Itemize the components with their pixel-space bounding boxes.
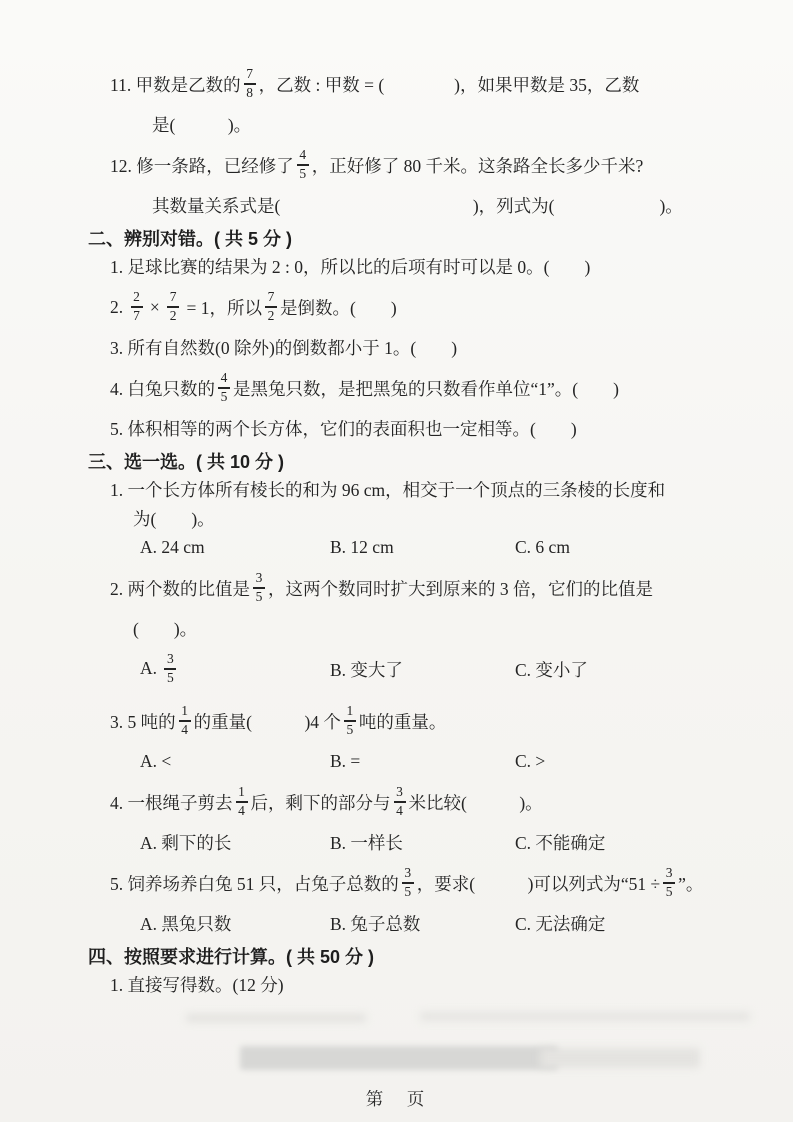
faint-scan-smudge: [420, 1012, 750, 1021]
text-run: 是( )。: [152, 112, 251, 137]
option-b: B. 变大了: [330, 657, 515, 682]
text-run: ×: [146, 297, 165, 318]
page-footer: 第 页: [0, 1086, 793, 1111]
text-run: ，这两个数同时扩大到原来的 3 倍，它们的比值是: [268, 576, 653, 601]
text-run: 2.: [110, 297, 128, 318]
section-3-q3-line-1: 3. 5 吨的14的重量( )4 个15吨的重量。: [0, 695, 793, 747]
option-c: C. 无法确定: [515, 911, 605, 936]
option-a: A. 24 cm: [140, 537, 330, 558]
text-run: 3. 所有自然数(0 除外)的倒数都小于 1。( ): [110, 335, 457, 360]
section-2-item-3: 3. 所有自然数(0 除外)的倒数都小于 1。( ): [0, 333, 793, 362]
text-run: 1. 足球比赛的结果为 2 : 0，所以比的后项有时可以是 0。( ): [110, 254, 590, 279]
section-3-q3-options: A. < B. = C. >: [0, 747, 793, 776]
section-2-item-2: 2. 27 × 72 = 1，所以72是倒数。( ): [0, 281, 793, 333]
exam-paper-page: 11. 甲数是乙数的78，乙数 : 甲数 = ( )，如果甲数是 35，乙数 是…: [0, 0, 793, 1122]
text-run: 4. 白兔只数的: [110, 376, 215, 401]
text-run: B. 兔子总数: [330, 911, 420, 936]
text-run: C. 变小了: [515, 657, 588, 682]
text-run: 12. 修一条路，已经修了: [110, 153, 294, 178]
text-run: ”。: [678, 871, 703, 896]
section-3-q1-line-2: 为( )。: [0, 504, 793, 533]
text-run: ，正好修了 80 千米。这条路全长多少千米?: [312, 153, 644, 178]
text-run: A. <: [140, 751, 171, 772]
section-4-item-1: 1. 直接写得数。(12 分): [0, 970, 793, 999]
text-run: 米比较( )。: [409, 790, 543, 815]
text-run: B. 变大了: [330, 657, 403, 682]
option-b: B. 兔子总数: [330, 911, 515, 936]
option-b: B. 12 cm: [330, 537, 515, 558]
document-content: 11. 甲数是乙数的78，乙数 : 甲数 = ( )，如果甲数是 35，乙数 是…: [0, 58, 793, 999]
text-run: A.: [140, 658, 161, 679]
section-3-q2-line-1: 2. 两个数的比值是35，这两个数同时扩大到原来的 3 倍，它们的比值是: [0, 562, 793, 614]
redacted-watermark-strip: [240, 1046, 558, 1070]
text-run: 吨的重量。: [359, 709, 447, 734]
text-run: 其数量关系式是( )，列式为( )。: [152, 193, 683, 218]
text-run: 的重量( )4 个: [194, 709, 341, 734]
text-run: C. 6 cm: [515, 537, 570, 558]
text-run: A. 剩下的长: [140, 830, 231, 855]
text-run: B. =: [330, 751, 360, 772]
text-run: 5. 饲养场养白兔 51 只，占兔子总数的: [110, 871, 399, 896]
text-run: 5. 体积相等的两个长方体，它们的表面积也一定相等。( ): [110, 416, 577, 441]
text-run: ，要求( )可以列式为“51 ÷: [417, 871, 660, 896]
fraction: 14: [179, 704, 191, 738]
section-2-item-5: 5. 体积相等的两个长方体，它们的表面积也一定相等。( ): [0, 414, 793, 443]
section-2-item-1: 1. 足球比赛的结果为 2 : 0，所以比的后项有时可以是 0。( ): [0, 252, 793, 281]
section-3-q4-line-1: 4. 一根绳子剪去14后，剩下的部分与34米比较( )。: [0, 776, 793, 828]
section-2-item-4: 4. 白兔只数的45是黑兔只数，是把黑兔的只数看作单位“1”。( ): [0, 362, 793, 414]
text-run: B. 一样长: [330, 830, 403, 855]
option-a: A. 35: [140, 652, 330, 686]
option-c: C. 不能确定: [515, 830, 605, 855]
fraction: 34: [394, 785, 406, 819]
section-4-heading: 四、按照要求进行计算。( 共 50 分 ): [0, 941, 793, 970]
option-a: A. 剩下的长: [140, 830, 330, 855]
text-run: A. 黑兔只数: [140, 911, 231, 936]
option-a: A. 黑兔只数: [140, 911, 330, 936]
faint-scan-smudge: [186, 1014, 366, 1022]
fraction: 35: [164, 652, 176, 686]
fraction: 35: [663, 866, 675, 900]
question-12-line-2: 其数量关系式是( )，列式为( )。: [0, 191, 793, 220]
section-3-q4-options: A. 剩下的长 B. 一样长 C. 不能确定: [0, 828, 793, 857]
redacted-watermark-strip: [540, 1048, 700, 1068]
text-run: 为( )。: [133, 506, 215, 531]
text-run: 后，剩下的部分与: [251, 790, 391, 815]
option-c: C. >: [515, 751, 545, 772]
option-b: B. 一样长: [330, 830, 515, 855]
section-3-q2-line-2: ( )。: [0, 614, 793, 643]
text-run: = 1，所以: [182, 295, 262, 320]
text-run: 2. 两个数的比值是: [110, 576, 250, 601]
text-run: ，乙数 : 甲数 = ( )，如果甲数是 35，乙数: [259, 72, 640, 97]
fraction: 72: [265, 290, 277, 324]
fraction: 72: [167, 290, 179, 324]
text-run: 1. 直接写得数。(12 分): [110, 972, 284, 997]
text-run: B. 12 cm: [330, 537, 394, 558]
text-run: C. >: [515, 751, 545, 772]
fraction: 35: [253, 571, 265, 605]
text-run: 1. 一个长方体所有棱长的和为 96 cm，相交于一个顶点的三条棱的长度和: [110, 477, 665, 502]
section-3-q5-line-1: 5. 饲养场养白兔 51 只，占兔子总数的35，要求( )可以列式为“51 ÷3…: [0, 857, 793, 909]
section-3-q5-options: A. 黑兔只数 B. 兔子总数 C. 无法确定: [0, 909, 793, 938]
fraction: 78: [244, 67, 256, 101]
option-a: A. <: [140, 751, 330, 772]
section-3-q1-line-1: 1. 一个长方体所有棱长的和为 96 cm，相交于一个顶点的三条棱的长度和: [0, 475, 793, 504]
fraction: 35: [402, 866, 414, 900]
text-run: A. 24 cm: [140, 537, 205, 558]
question-11-line-1: 11. 甲数是乙数的78，乙数 : 甲数 = ( )，如果甲数是 35，乙数: [0, 58, 793, 110]
section-2-heading: 二、辨别对错。( 共 5 分 ): [0, 223, 793, 252]
text-run: ( )。: [133, 616, 197, 641]
section-3-heading: 三、选一选。( 共 10 分 ): [0, 446, 793, 475]
fraction: 27: [131, 290, 143, 324]
text-run: C. 不能确定: [515, 830, 605, 855]
question-11-line-2: 是( )。: [0, 110, 793, 139]
fraction: 45: [297, 148, 309, 182]
option-c: C. 6 cm: [515, 537, 570, 558]
text-run: C. 无法确定: [515, 911, 605, 936]
text-run: 是黑兔只数，是把黑兔的只数看作单位“1”。( ): [233, 376, 619, 401]
option-b: B. =: [330, 751, 515, 772]
fraction: 14: [236, 785, 248, 819]
text-run: 4. 一根绳子剪去: [110, 790, 233, 815]
fraction: 45: [218, 371, 230, 405]
question-12-line-1: 12. 修一条路，已经修了45，正好修了 80 千米。这条路全长多少千米?: [0, 139, 793, 191]
text-run: 3. 5 吨的: [110, 709, 176, 734]
text-run: 11. 甲数是乙数的: [110, 72, 241, 97]
fraction: 15: [344, 704, 356, 738]
text-run: 是倒数。( ): [280, 295, 397, 320]
section-3-q1-options: A. 24 cm B. 12 cm C. 6 cm: [0, 533, 793, 562]
option-c: C. 变小了: [515, 657, 588, 682]
section-3-q2-options: A. 35 B. 变大了 C. 变小了: [0, 643, 793, 695]
